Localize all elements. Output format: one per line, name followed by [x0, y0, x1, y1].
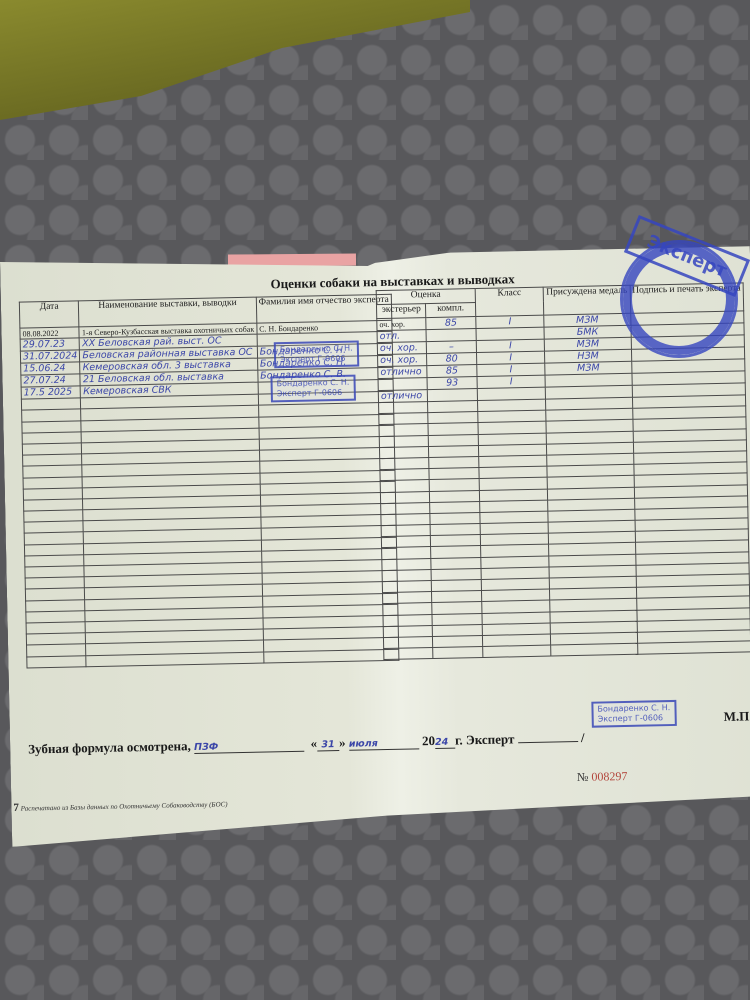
header-complex: компл. — [426, 303, 476, 318]
cell-complex: 80 — [427, 353, 477, 366]
header-date: Дата — [19, 301, 79, 328]
cell-complex — [426, 329, 476, 342]
cell-exterior: отл. — [377, 330, 427, 343]
cell-date: 17.5 2025 — [21, 386, 81, 399]
date-month: июля — [349, 737, 419, 750]
header-exterior: экстерьер — [376, 304, 426, 319]
year-expert-label: г. Эксперт — [455, 731, 515, 747]
cell-exterior: отлично — [378, 390, 428, 403]
number-sign: № — [577, 770, 589, 784]
year-prefix: 20 — [422, 733, 435, 748]
expert-stamp-1: Бондаренко С. Н. Эксперт Г-0606 — [274, 341, 359, 369]
seal-label: М.П. — [724, 708, 750, 725]
year-suffix: 24 — [435, 737, 455, 749]
stamp-id: Эксперт Г-0606 — [280, 354, 353, 366]
cell-complex — [428, 389, 478, 402]
cell-complex: 85 — [427, 365, 477, 378]
cell-complex: – — [427, 341, 477, 354]
header-event: Наименование выставки, выводки — [79, 297, 257, 327]
cell-date: 31.07.2024 — [20, 350, 80, 363]
header-expert: Фамилия имя отчество эксперта — [256, 294, 392, 323]
stamp-id: Эксперт Г-0606 — [277, 388, 350, 400]
number-value: 008297 — [591, 769, 627, 784]
cell-exterior — [378, 378, 428, 391]
cell-complex: 93 — [427, 377, 477, 390]
expert-stamp-2: Бондаренко С. Н. Эксперт Г-0606 — [270, 375, 355, 403]
header-class: Класс — [475, 287, 544, 316]
page-number: 7 — [13, 802, 19, 814]
expert-signature — [518, 741, 578, 743]
cell-exterior: оч. хор. — [377, 318, 427, 331]
footer-expert-stamp: Бондаренко С. Н. Эксперт Г-0606 — [591, 700, 676, 728]
bookmark-tab — [228, 253, 356, 266]
cell-exterior: оч. хор. — [378, 354, 428, 367]
teeth-label: Зубная формула осмотрена — [28, 738, 188, 756]
teeth-value: ПЗФ — [194, 740, 304, 754]
header-medal: Присуждена медаль — [544, 285, 631, 315]
cell-complex: 85 — [426, 317, 476, 330]
document-number: № 008297 — [577, 769, 628, 785]
cell-exterior: отлично — [378, 366, 428, 379]
stamp-id: Эксперт Г-0606 — [598, 713, 671, 725]
date-day: 31 — [317, 739, 339, 751]
cell-exterior: оч. хор. — [377, 342, 427, 355]
